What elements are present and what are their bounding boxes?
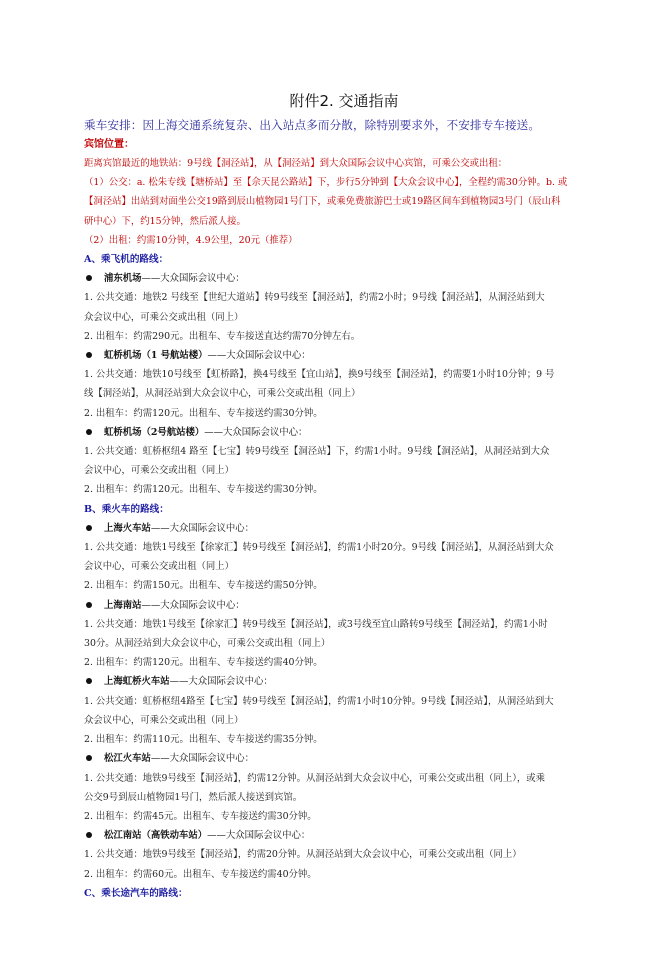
bullet-icon bbox=[86, 352, 92, 358]
route-heading: 上海火车站——大众国际会议中心： bbox=[84, 519, 584, 538]
route-line: 线【洞泾站】，从洞泾站到大众会议中心，可乘公交或出租（同上） bbox=[84, 384, 584, 403]
section-long-distance-bus: C、乘长途汽车的路线： bbox=[84, 884, 584, 903]
route-origin: 松江火车站 bbox=[104, 753, 151, 764]
route-line: 2. 出租车：约需120元。出租车、专车接送约需30分钟。 bbox=[84, 480, 584, 499]
route-dest: ——大众国际会议中心： bbox=[151, 753, 254, 764]
route-line: 1. 公共交通：地铁1号线至【徐家汇】转9号线至【洞泾站】，约需1小时20分。9… bbox=[84, 538, 584, 557]
route-line: 会议中心，可乘公交或出租（同上） bbox=[84, 461, 584, 480]
route-heading: 虹桥机场（1 号航站楼）——大众国际会议中心： bbox=[84, 346, 584, 365]
bullet-icon bbox=[86, 832, 92, 838]
route-origin: 虹桥机场（1 号航站楼） bbox=[104, 350, 208, 361]
route-line: 1. 公共交通：地铁9号线至【洞泾站】，约需12分钟。从洞泾站到大众会议中心，可… bbox=[84, 769, 584, 788]
section-heading: B、乘火车的路线： bbox=[84, 500, 584, 519]
document-page: 附件2. 交通指南 乘车安排：因上海交通系统复杂、出入站点多而分散，除特别要求外… bbox=[84, 90, 584, 903]
section-heading: C、乘长途汽车的路线： bbox=[84, 884, 584, 903]
hotel-line: 距离宾馆最近的地铁站：9号线【洞泾站】，从【洞泾站】到大众国际会议中心宾馆，可乘… bbox=[84, 154, 584, 173]
route-line: 会议中心，可乘公交或出租（同上） bbox=[84, 557, 584, 576]
route-line: 众会议中心，可乘公交或出租（同上） bbox=[84, 711, 584, 730]
route-dest: ——大众国际会议中心： bbox=[208, 350, 311, 361]
transport-notice: 乘车安排：因上海交通系统复杂、出入站点多而分散，除特别要求外，不安排专车接送。 bbox=[84, 116, 584, 135]
route-heading: 浦东机场——大众国际会议中心： bbox=[84, 269, 584, 288]
section-train: B、乘火车的路线： 上海火车站——大众国际会议中心： 1. 公共交通：地铁1号线… bbox=[84, 500, 584, 884]
hotel-line: （2）出租：约需10分钟，4.9公里，20元（推荐） bbox=[84, 231, 584, 250]
route-origin: 上海火车站 bbox=[104, 523, 151, 534]
route-dest: ——大众国际会议中心： bbox=[151, 523, 254, 534]
hotel-line: 研中心）下，约15分钟，然后派人接。 bbox=[84, 212, 584, 231]
route-dest: ——大众国际会议中心： bbox=[207, 830, 310, 841]
route-line: 2. 出租车：约需150元。出租车、专车接送约需50分钟。 bbox=[84, 576, 584, 595]
route-line: 2. 出租车：约需110元。出租车、专车接送约需35分钟。 bbox=[84, 730, 584, 749]
route-line: 众会议中心，可乘公交或出租（同上） bbox=[84, 308, 584, 327]
route-line: 公交9号到辰山植物园1号门，然后派人接送到宾馆。 bbox=[84, 788, 584, 807]
route-line: 2. 出租车：约需120元。出租车、专车接送约需30分钟。 bbox=[84, 404, 584, 423]
route-heading: 虹桥机场（2号航站楼）——大众国际会议中心： bbox=[84, 423, 584, 442]
route-line: 2. 出租车：约需45元。出租车、专车接送约需30分钟。 bbox=[84, 807, 584, 826]
route-origin: 上海南站 bbox=[104, 600, 142, 611]
route-line: 1. 公共交通：虹桥枢纽4路至【七宝】转9号线至【洞泾站】，约需1小时10分钟。… bbox=[84, 692, 584, 711]
bullet-icon bbox=[86, 602, 92, 608]
route-line: 1. 公共交通：虹桥枢纽4 路至【七宝】转9号线至【洞泾站】下，约需1小时。9号… bbox=[84, 442, 584, 461]
bullet-icon bbox=[86, 678, 92, 684]
hotel-location-heading: 宾馆位置： bbox=[84, 135, 584, 154]
route-heading: 上海南站——大众国际会议中心： bbox=[84, 596, 584, 615]
route-heading: 松江火车站——大众国际会议中心： bbox=[84, 749, 584, 768]
route-line: 1. 公共交通：地铁9号线至【洞泾站】，约需20分钟。从洞泾站到大众会议中心，可… bbox=[84, 845, 584, 864]
bullet-icon bbox=[86, 429, 92, 435]
bullet-icon bbox=[86, 275, 92, 281]
page-title: 附件2. 交通指南 bbox=[104, 90, 584, 112]
route-line: 1. 公共交通：地铁1号线至【徐家汇】转9号线至【洞泾站】，或3号线至宜山路转9… bbox=[84, 615, 584, 634]
route-heading: 上海虹桥火车站——大众国际会议中心： bbox=[84, 672, 584, 691]
route-line: 30分。从洞泾站到大众会议中心，可乘公交或出租（同上） bbox=[84, 634, 584, 653]
route-heading: 松江南站（高铁动车站）——大众国际会议中心： bbox=[84, 826, 584, 845]
bullet-icon bbox=[86, 525, 92, 531]
route-origin: 虹桥机场（2号航站楼） bbox=[104, 427, 204, 438]
route-line: 2. 出租车：约需290元。出租车、专车接送直达约需70分钟左右。 bbox=[84, 327, 584, 346]
hotel-line: 【洞泾站】出站到对面坐公交19路到辰山植物园1号门下，或乘免费旅游巴士或19路区… bbox=[84, 192, 584, 211]
bullet-icon bbox=[86, 755, 92, 761]
route-line: 1. 公共交通：地铁2 号线至【世纪大道站】转9号线至【洞泾站】，约需2小时；9… bbox=[84, 288, 584, 307]
hotel-line: （1）公交：a. 松朱专线【塘桥站】至【佘天昆公路站】下，步行5分钟到【大众会议… bbox=[84, 173, 584, 192]
route-dest: ——大众国际会议中心： bbox=[170, 676, 273, 687]
route-origin: 浦东机场 bbox=[104, 273, 142, 284]
route-line: 2. 出租车：约需120元。出租车、专车接送约需40分钟。 bbox=[84, 653, 584, 672]
route-line: 2. 出租车：约需60元。出租车、专车接送约需40分钟。 bbox=[84, 865, 584, 884]
route-origin: 上海虹桥火车站 bbox=[104, 676, 170, 687]
hotel-location-block: 宾馆位置： 距离宾馆最近的地铁站：9号线【洞泾站】，从【洞泾站】到大众国际会议中… bbox=[84, 135, 584, 250]
section-airplane: A、乘飞机的路线： 浦东机场——大众国际会议中心： 1. 公共交通：地铁2 号线… bbox=[84, 250, 584, 500]
route-dest: ——大众国际会议中心： bbox=[142, 600, 245, 611]
route-origin: 松江南站（高铁动车站） bbox=[104, 830, 207, 841]
route-dest: ——大众国际会议中心： bbox=[204, 427, 307, 438]
route-line: 1. 公共交通：地铁10号线至【虹桥路】，换4号线至【宜山站】，换9号线至【洞泾… bbox=[84, 365, 584, 384]
section-heading: A、乘飞机的路线： bbox=[84, 250, 584, 269]
route-dest: ——大众国际会议中心： bbox=[142, 273, 245, 284]
